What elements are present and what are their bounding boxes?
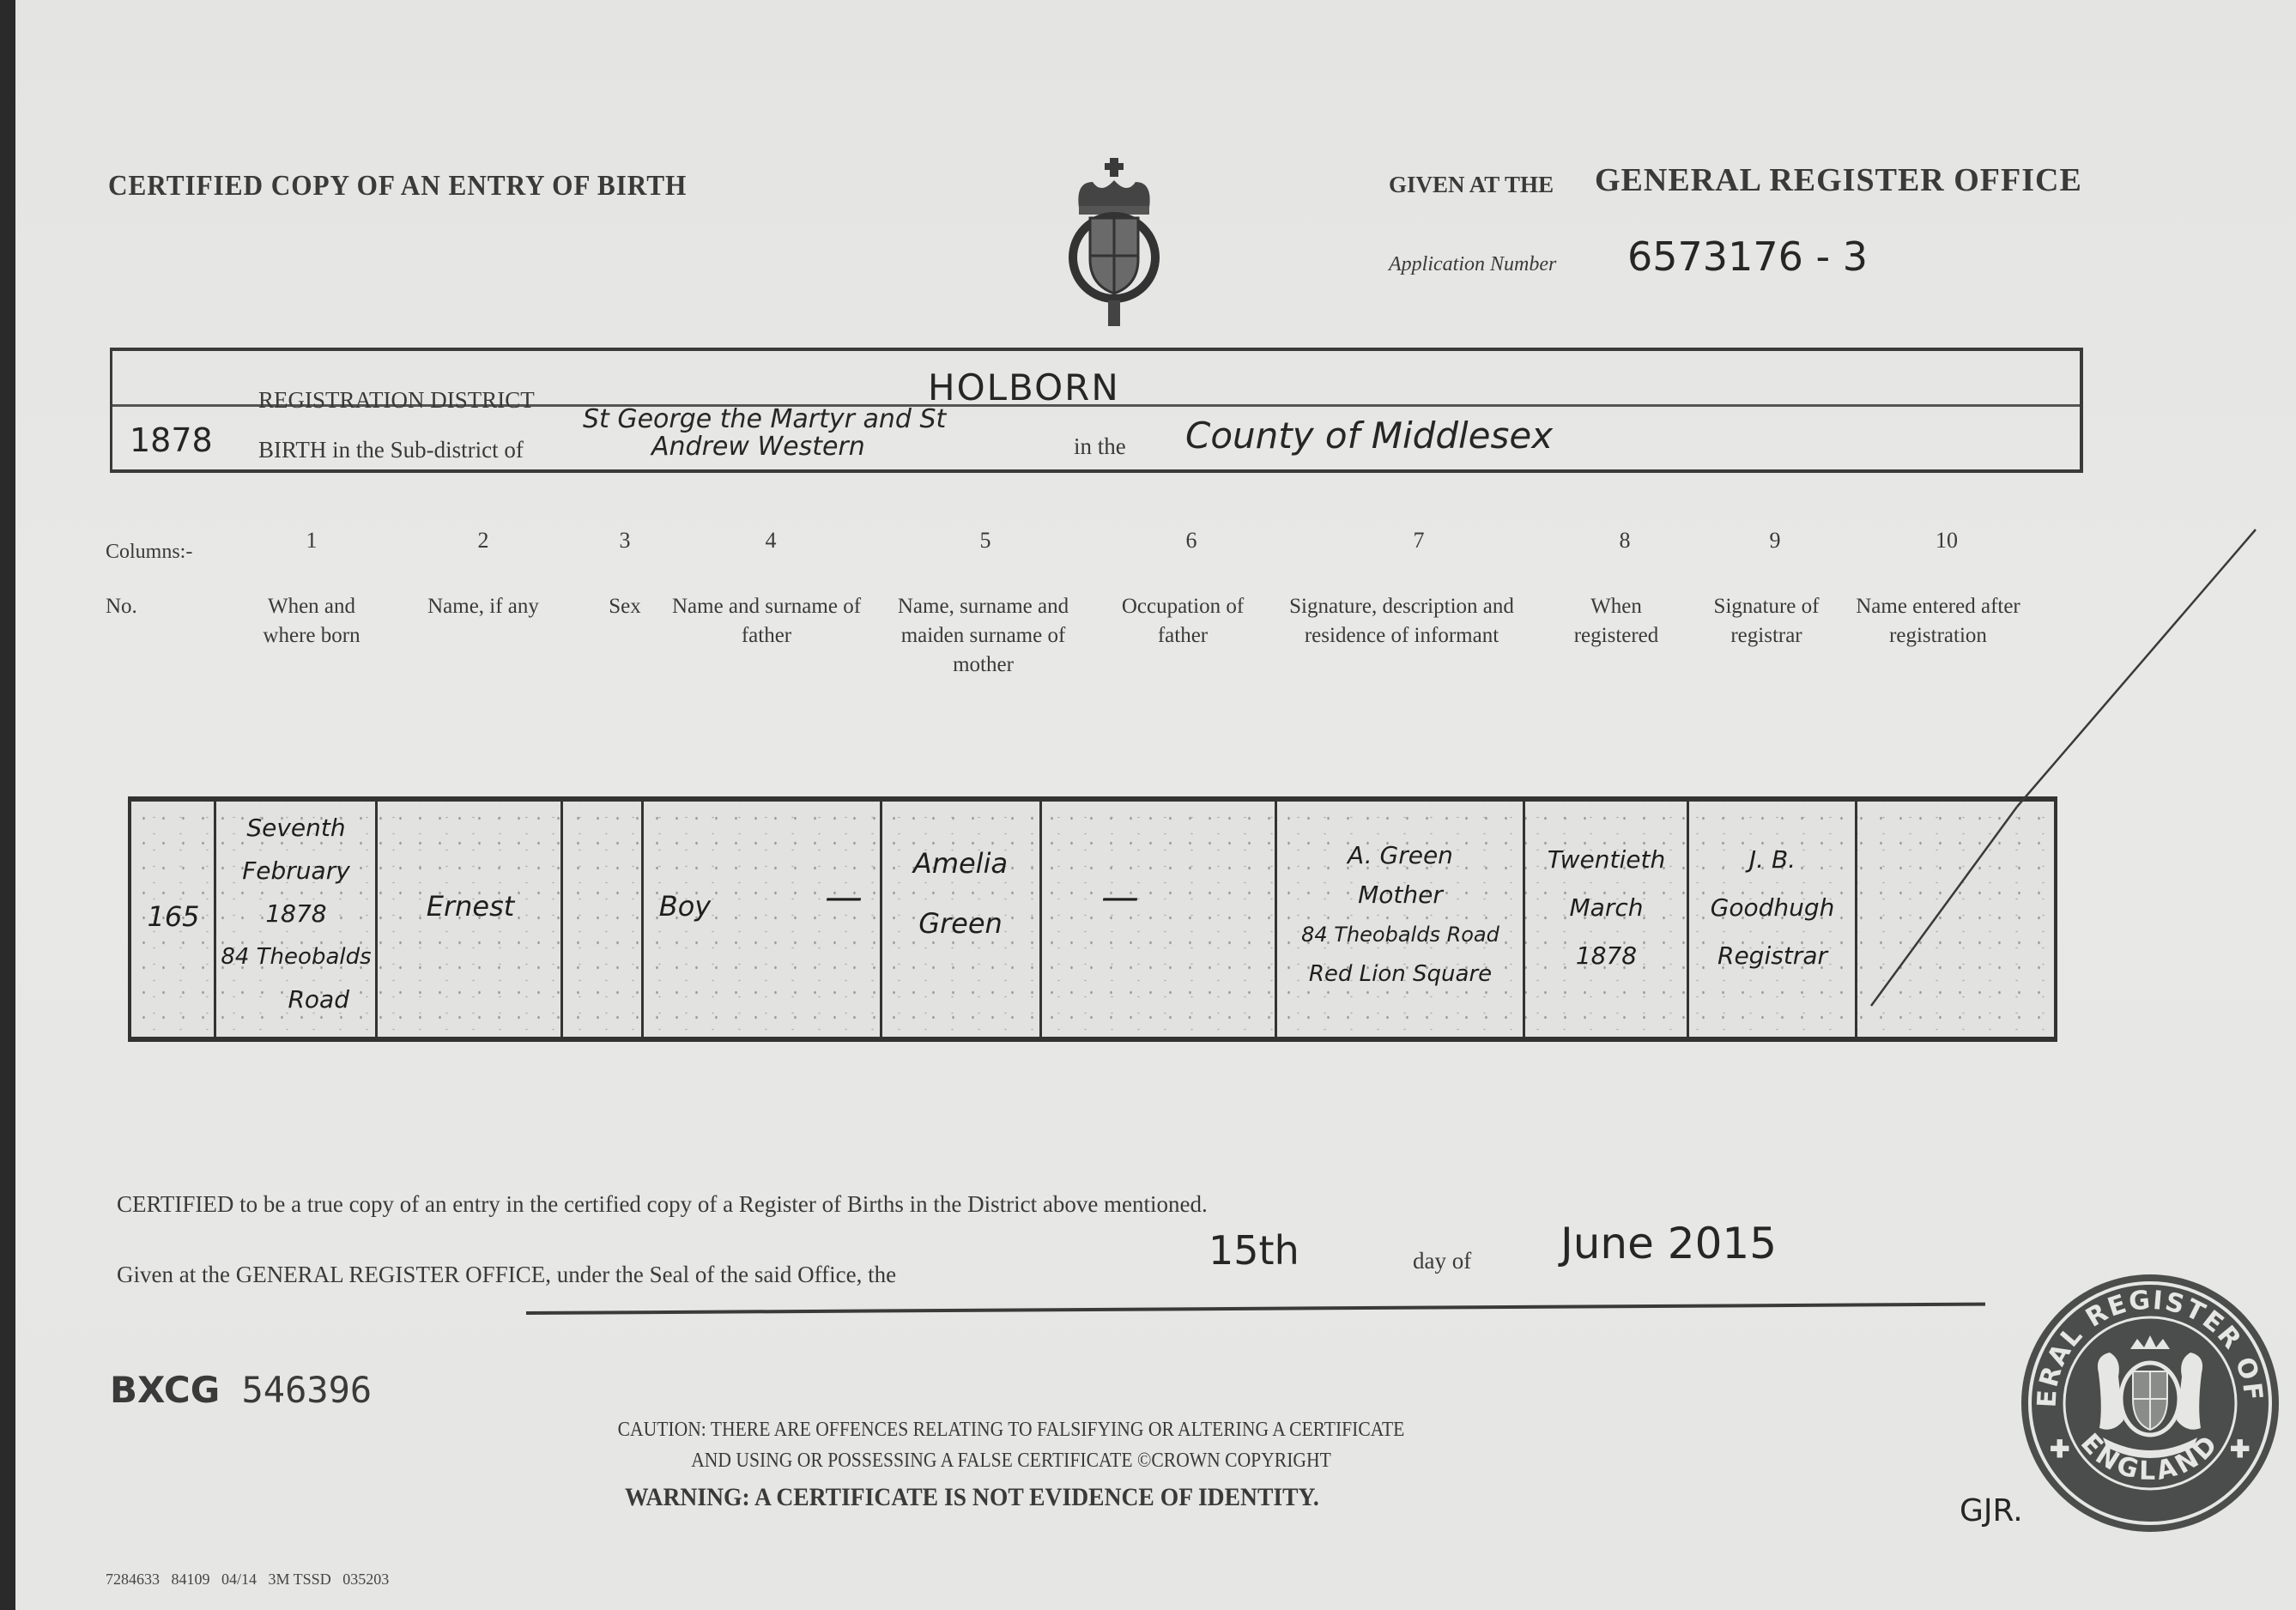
sub-district-label: BIRTH in the Sub-district of <box>258 437 524 463</box>
entry-mother-name: Amelia Green <box>883 844 1038 942</box>
columns-label: Columns:- <box>106 541 192 564</box>
signature-rule <box>526 1303 1985 1315</box>
column-header-sex: Sex <box>591 592 659 621</box>
officer-initials: GJR. <box>1960 1493 2023 1528</box>
mother-surname: Green <box>883 905 1038 942</box>
column-divider <box>1855 802 1857 1037</box>
entry-informant: A. Green Mother 84 Theobalds Road Red Li… <box>1278 836 1523 994</box>
sub-district-value-line2: Andrew Western <box>651 432 865 462</box>
column-header-registrar: Signature of registrar <box>1693 592 1839 651</box>
column-header-occupation: Occupation of father <box>1106 592 1260 651</box>
column-number-10: 10 <box>1921 528 1972 554</box>
identity-warning: WARNING: A CERTIFICATE IS NOT EVIDENCE O… <box>625 1483 1319 1512</box>
column-number-9: 9 <box>1749 528 1801 554</box>
column-divider <box>641 802 644 1037</box>
registration-district-label: REGISTRATION DISTRICT <box>258 387 535 414</box>
royal-crest-icon <box>1067 156 1161 328</box>
caution-line-2: AND USING OR POSSESSING A FALSE CERTIFIC… <box>548 1445 1475 1476</box>
svg-text:✚: ✚ <box>2230 1437 2250 1463</box>
entry-father-occupation: — <box>1043 879 1197 917</box>
county-value: County of Middlesex <box>1185 415 1553 457</box>
certification-month-year: June 2015 <box>1560 1219 1777 1268</box>
serial-prefix: BXCG <box>110 1369 220 1411</box>
column-header-no: No. <box>106 592 157 621</box>
print-code: 7284633 84109 04/14 3M TSSD 035203 <box>106 1571 389 1589</box>
column-number-8: 8 <box>1599 528 1651 554</box>
column-number-3: 3 <box>599 528 651 554</box>
day-of-label: day of <box>1413 1248 1471 1274</box>
in-the-label: in the <box>1074 433 1126 460</box>
born-month: February <box>217 850 375 893</box>
column-number-1: 1 <box>286 528 337 554</box>
column-divider <box>1039 802 1042 1037</box>
certificate-serial: BXCG 546396 <box>110 1369 372 1411</box>
column-number-2: 2 <box>457 528 509 554</box>
column-header-mother: Name, surname and maiden surname of moth… <box>878 592 1088 680</box>
sub-district-value-line1: St George the Martyr and St <box>583 404 946 434</box>
column-header-name-after: Name entered after registration <box>1848 592 2028 651</box>
entry-when-registered: Twentieth March 1878 <box>1526 836 1687 980</box>
registered-day: Twentieth <box>1526 836 1687 884</box>
column-header-name: Name, if any <box>406 592 560 621</box>
born-year: 1878 <box>217 893 375 935</box>
column-number-5: 5 <box>960 528 1011 554</box>
given-statement: Given at the GENERAL REGISTER OFFICE, un… <box>117 1262 896 1288</box>
certificate-title: CERTIFIED COPY OF AN ENTRY OF BIRTH <box>108 170 687 203</box>
serial-number: 546396 <box>242 1369 373 1411</box>
column-divider <box>375 802 378 1037</box>
registration-district-value: HOLBORN <box>928 366 1120 409</box>
column-number-7: 7 <box>1393 528 1445 554</box>
informant-description: Mother <box>1278 875 1523 915</box>
application-number-value: 6573176 - 3 <box>1627 233 1868 280</box>
born-day: Seventh <box>217 807 375 850</box>
mother-first-name: Amelia <box>883 844 1038 882</box>
office-name: GENERAL REGISTER OFFICE <box>1595 161 2082 199</box>
column-divider <box>1275 802 1277 1037</box>
column-header-when-where-born: When and where born <box>247 592 376 651</box>
registration-district-box: REGISTRATION DISTRICT HOLBORN 1878 BIRTH… <box>110 348 2083 473</box>
birth-year: 1878 <box>130 421 213 459</box>
informant-residence-line2: Red Lion Square <box>1278 954 1523 994</box>
application-number-label: Application Number <box>1389 253 1556 276</box>
registered-month: March <box>1526 884 1687 932</box>
registrar-initials: J. B. <box>1690 836 1855 884</box>
certificate-paper: CERTIFIED COPY OF AN ENTRY OF BIRTH GIVE… <box>15 0 2296 1610</box>
entry-when-where-born: Seventh February 1878 84 Theobalds Road <box>217 807 375 1021</box>
informant-residence-line1: 84 Theobalds Road <box>1278 915 1523 954</box>
column-header-informant: Signature, description and residence of … <box>1269 592 1535 651</box>
column-divider <box>1523 802 1525 1037</box>
entry-child-name: Ernest <box>380 887 560 925</box>
entry-number: 165 <box>135 898 212 935</box>
certified-statement: CERTIFIED to be a true copy of an entry … <box>117 1191 1208 1218</box>
birth-entry-table: 165 Seventh February 1878 84 Theobalds R… <box>128 796 2057 1042</box>
column-number-6: 6 <box>1166 528 1217 554</box>
column-divider <box>560 802 563 1037</box>
born-address-line2: Road <box>217 978 375 1021</box>
svg-text:✚: ✚ <box>2050 1437 2069 1463</box>
certification-day: 15th <box>1209 1227 1299 1274</box>
informant-name: A. Green <box>1278 836 1523 875</box>
registered-year: 1878 <box>1526 932 1687 980</box>
born-address-line1: 84 Theobalds <box>217 935 375 978</box>
column-divider <box>214 802 216 1037</box>
column-header-when-registered: When registered <box>1560 592 1672 651</box>
caution-notice: CAUTION: THERE ARE OFFENCES RELATING TO … <box>548 1414 1475 1476</box>
column-divider <box>1687 802 1689 1037</box>
registrar-surname: Goodhugh <box>1690 884 1855 932</box>
given-at-prefix: GIVEN AT THE <box>1389 172 1554 198</box>
column-number-4: 4 <box>745 528 797 554</box>
entry-registrar-signature: J. B. Goodhugh Registrar <box>1690 836 1855 980</box>
column-header-father: Name and surname of father <box>668 592 865 651</box>
royal-coat-of-arms-icon: GENERAL REGISTER OFFICE ENGLAND ✚ ✚ <box>2017 1270 2283 1536</box>
column-divider <box>880 802 882 1037</box>
registrar-title: Registrar <box>1690 932 1855 980</box>
entry-sex: Boy <box>645 887 725 925</box>
caution-line-1: CAUTION: THERE ARE OFFENCES RELATING TO … <box>548 1414 1475 1445</box>
